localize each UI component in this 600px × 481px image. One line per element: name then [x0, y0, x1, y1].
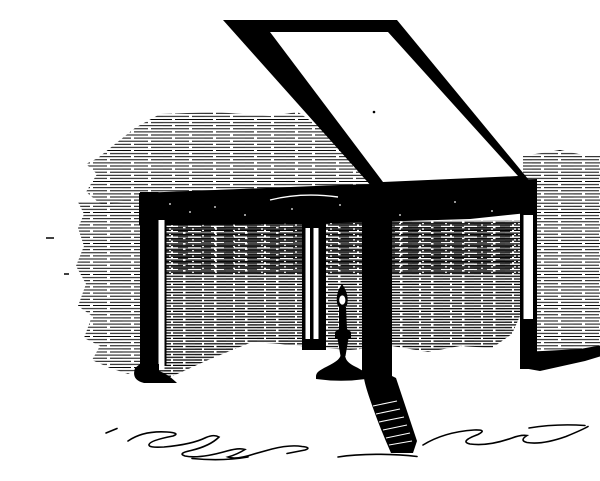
engraving-illustration [40, 16, 600, 465]
rear-center-leg [302, 223, 326, 350]
engraving-canvas [40, 16, 600, 465]
candle-flame-core [339, 295, 345, 304]
lid-speck [373, 111, 376, 114]
